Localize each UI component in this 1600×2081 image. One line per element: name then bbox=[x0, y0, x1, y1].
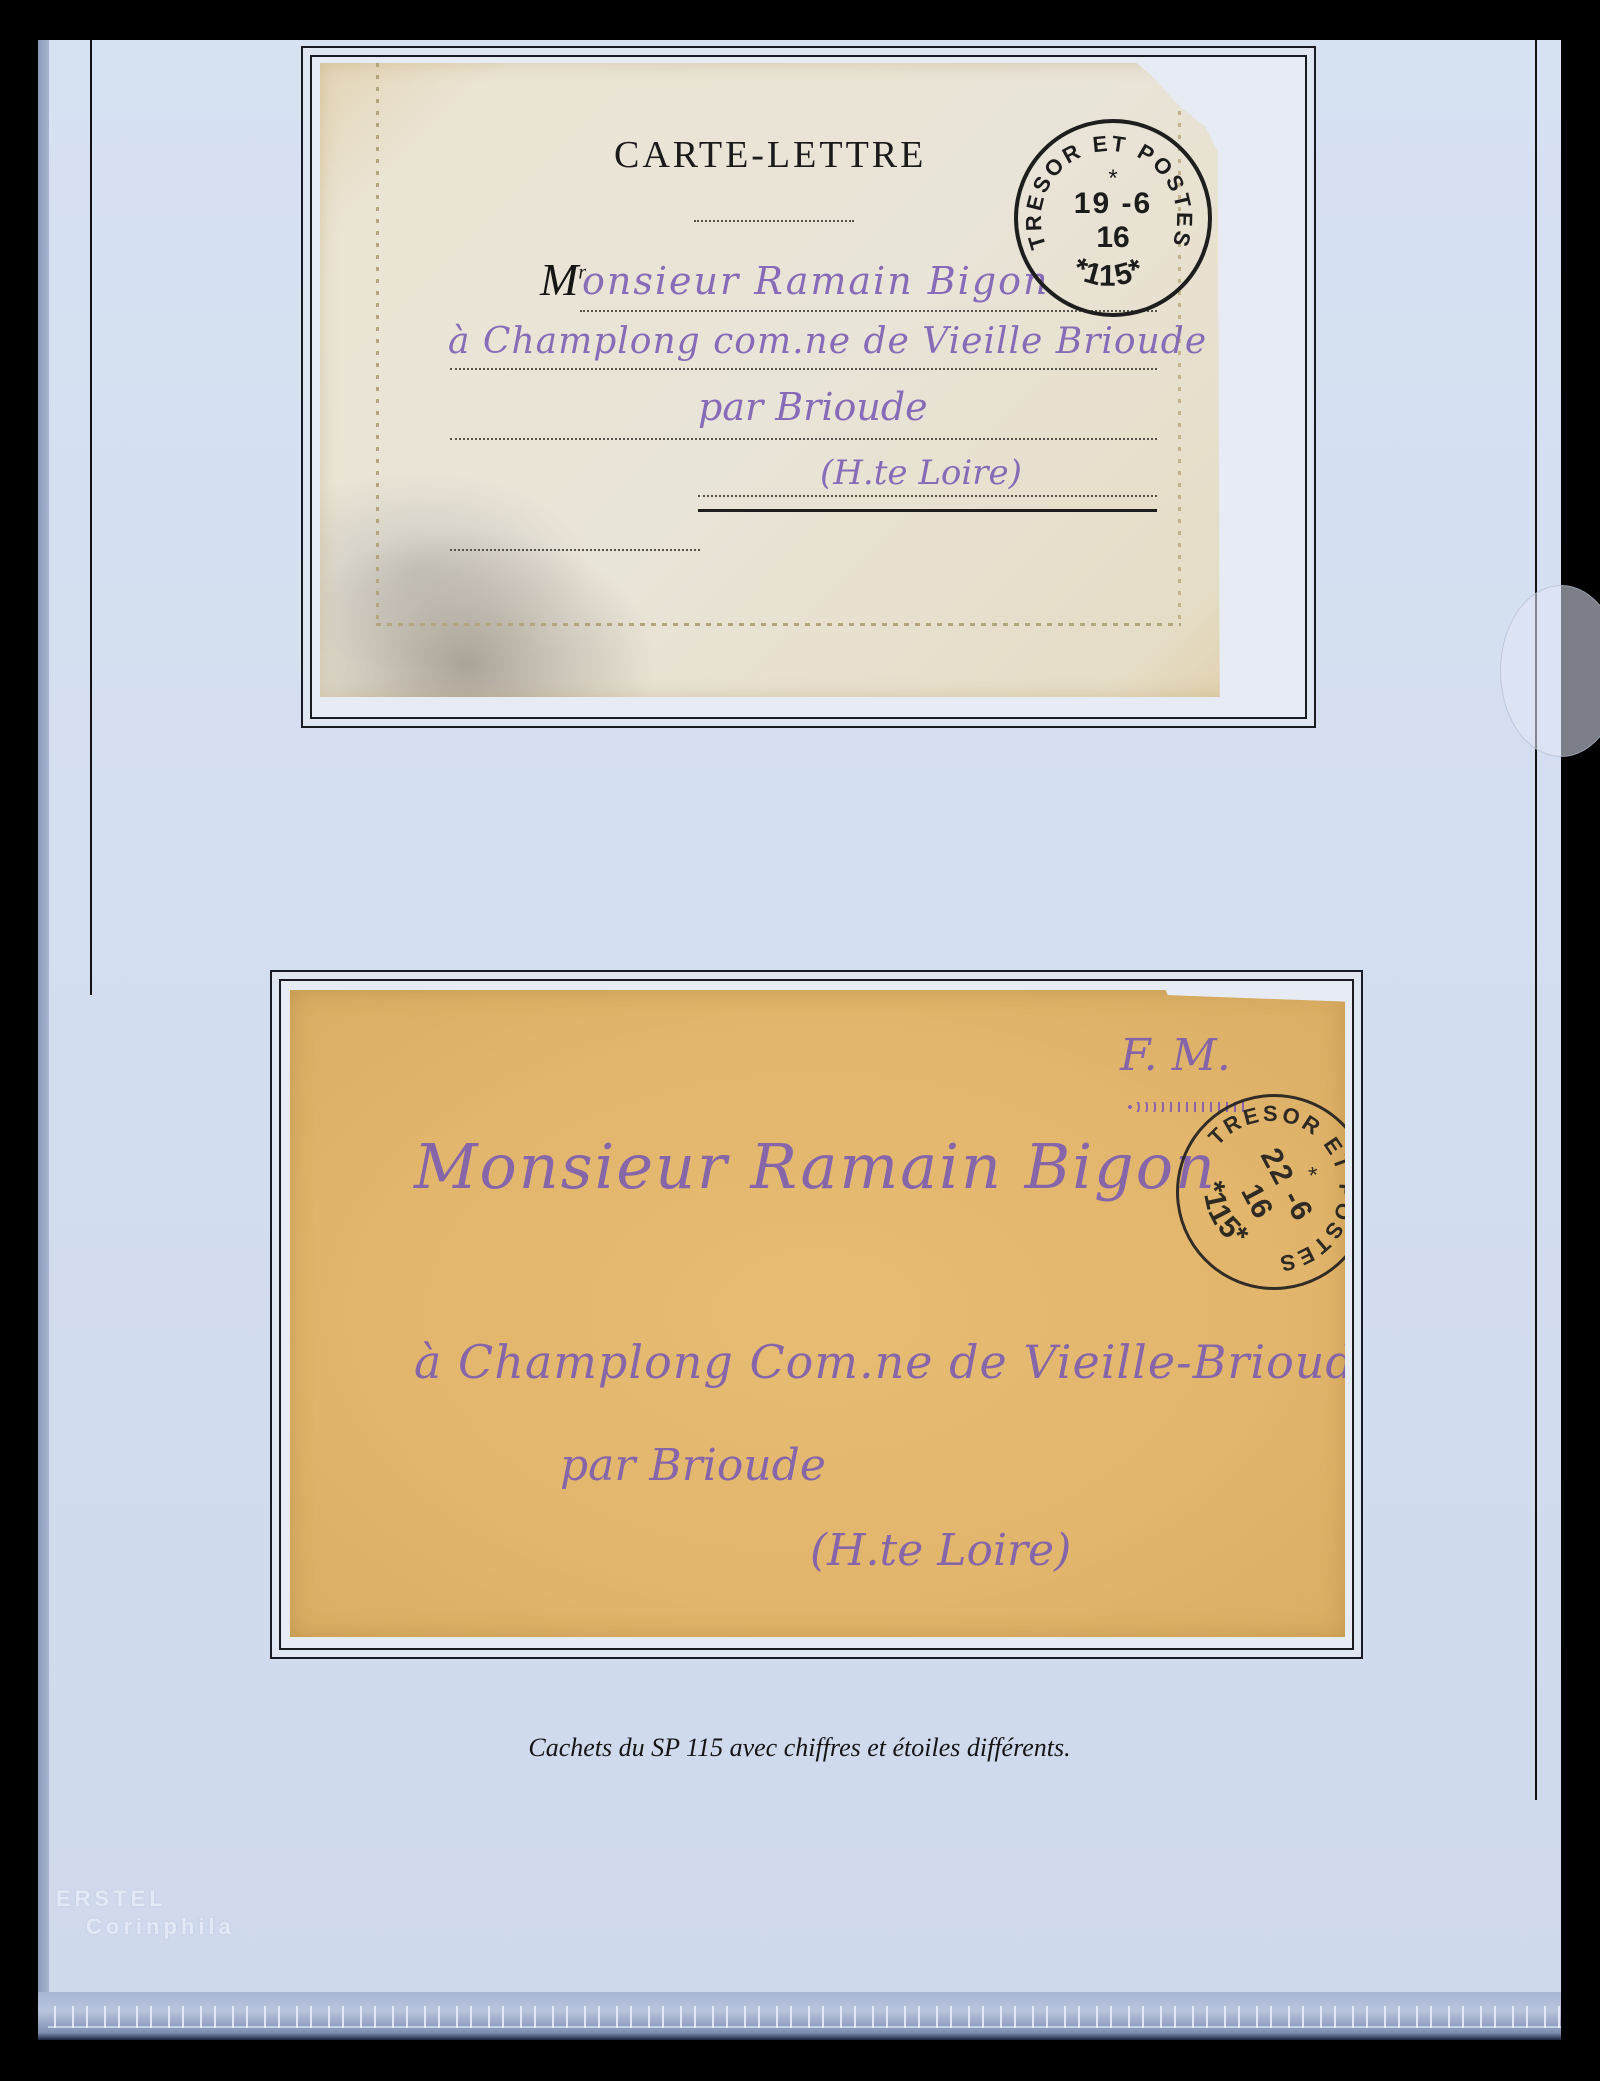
address-line-1 bbox=[580, 310, 1157, 312]
mount-inner-frame: F. M. Monsieur Ramain Bigon à Champlong … bbox=[279, 979, 1354, 1650]
right-margin-rule bbox=[1535, 40, 1537, 1800]
handwritten-address-line-2: à Champlong com.ne de Vieille Brioude bbox=[448, 321, 1207, 362]
sleeve-perforations bbox=[48, 2006, 1561, 2028]
perforation-left bbox=[376, 63, 379, 623]
postmark-tresor-et-postes: TRESOR ET POSTES *115* * 22 -6 16 bbox=[1141, 1059, 1406, 1324]
svg-text:*115*: *115* bbox=[1067, 251, 1151, 292]
postmark-year: 16 bbox=[1018, 221, 1208, 255]
sleeve-punch-cutout bbox=[1500, 585, 1600, 757]
embossed-watermark: ERSTEL Corinphila bbox=[56, 1885, 235, 1941]
watermark-line-2: Corinphila bbox=[56, 1913, 235, 1941]
franchise-militaire-marking: F. M. bbox=[1120, 1030, 1231, 1081]
handwritten-address-line-4: (H.te Loire) bbox=[820, 453, 1022, 493]
handwritten-address-line-2: à Champlong Com.ne de Vieille-Brioude bbox=[414, 1335, 1384, 1389]
dotted-line bbox=[694, 220, 854, 222]
address-line-4 bbox=[698, 495, 1157, 497]
handwritten-address-line-3: par Brioude bbox=[560, 1440, 826, 1491]
handwritten-address-line-1: Monsieur Ramain Bigon bbox=[414, 1130, 1217, 1203]
envelope: F. M. Monsieur Ramain Bigon à Champlong … bbox=[290, 990, 1345, 1637]
card-printed-title: CARTE-LETTRE bbox=[614, 133, 926, 177]
handwritten-address-line-3: par Brioude bbox=[698, 385, 928, 429]
address-line-3 bbox=[450, 438, 1157, 440]
watermark-line-1: ERSTEL bbox=[56, 1885, 235, 1913]
postmark-date: 19 -6 bbox=[1018, 187, 1208, 221]
address-underline bbox=[698, 509, 1157, 512]
mount-frame-envelope: F. M. Monsieur Ramain Bigon à Champlong … bbox=[270, 970, 1363, 1659]
handwritten-address-line-4: (H.te Loire) bbox=[810, 1525, 1071, 1576]
mount-inner-frame: CARTE-LETTRE Mr onsieur Ramain Bigon à C… bbox=[310, 55, 1307, 719]
mount-frame-carte-lettre: CARTE-LETTRE Mr onsieur Ramain Bigon à C… bbox=[301, 46, 1316, 728]
page-caption: Cachets du SP 115 avec chiffres et étoil… bbox=[38, 1733, 1561, 1763]
address-line-5 bbox=[450, 549, 700, 551]
album-page: CARTE-LETTRE Mr onsieur Ramain Bigon à C… bbox=[38, 40, 1561, 2040]
carte-lettre: CARTE-LETTRE Mr onsieur Ramain Bigon à C… bbox=[320, 63, 1298, 697]
left-margin-rule bbox=[90, 40, 92, 995]
handwritten-address-line-1: onsieur Ramain Bigon bbox=[582, 259, 1050, 303]
perforation-bottom bbox=[376, 623, 1181, 626]
address-line-2 bbox=[450, 368, 1157, 370]
sleeve-binding-strip bbox=[38, 1992, 1561, 2040]
printed-salutation: Mr bbox=[540, 253, 586, 306]
postmark-tresor-et-postes: TRESOR ET POSTES *115* * 19 -6 16 bbox=[1014, 119, 1212, 317]
